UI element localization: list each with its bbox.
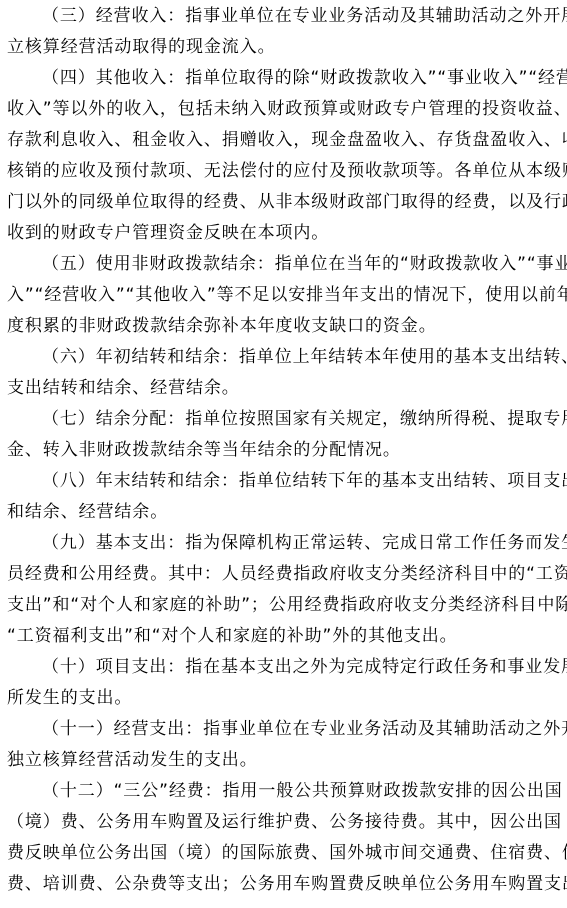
- paragraph-6-line-1: （六）年初结转和结余：指单位上年结转本年使用的基本支出结转、项目: [42, 347, 560, 367]
- paragraph-11-line-1: （十一）经营支出：指事业单位在专业业务活动及其辅助活动之外开展非: [42, 719, 560, 739]
- paragraph-7-line-2: 金、转入非财政拨款结余等当年结余的分配情况。: [7, 440, 560, 460]
- paragraph-12-line-1: （十二）“三公”经费：指用一般公共预算财政拨款安排的因公出国: [42, 781, 560, 801]
- paragraph-4-line-6: 收到的财政专户管理资金反映在本项内。: [7, 223, 560, 243]
- paragraph-12-line-4: 费、培训费、公杂费等支出；公务用车购置费反映单位公务用车购置支出（含: [7, 874, 560, 894]
- paragraph-10-line-2: 所发生的支出。: [7, 688, 560, 708]
- paragraph-5-line-3: 度积累的非财政拨款结余弥补本年度收支缺口的资金。: [7, 316, 560, 336]
- paragraph-8-line-2: 和结余、经营结余。: [7, 502, 560, 522]
- paragraph-9-line-3: 支出”和“对个人和家庭的补助”；公用经费指政府收支分类经济科目中除: [7, 595, 560, 615]
- paragraph-3-line-2: 立核算经营活动取得的现金流入。: [7, 37, 560, 57]
- paragraph-4-line-2: 收入”等以外的收入，包括未纳入财政预算或财政专户管理的投资收益、银行: [7, 99, 560, 119]
- paragraph-12-line-2: （境）费、公务用车购置及运行维护费、公务接待费。其中，因公出国（境）: [7, 812, 560, 832]
- paragraph-7-line-1: （七）结余分配：指单位按照国家有关规定，缴纳所得税、提取专用基: [42, 409, 560, 429]
- paragraph-9-line-2: 员经费和公用经费。其中：人员经费指政府收支分类经济科目中的“工资福利: [7, 564, 560, 584]
- document-page: （三）经营收入：指事业单位在专业业务活动及其辅助活动之外开展非独 立核算经营活动…: [0, 0, 567, 908]
- paragraph-5-line-1: （五）使用非财政拨款结余：指单位在当年的“财政拨款收入”“事业收: [42, 254, 560, 274]
- paragraph-11-line-2: 独立核算经营活动发生的支出。: [7, 750, 560, 770]
- paragraph-3-line-1: （三）经营收入：指事业单位在专业业务活动及其辅助活动之外开展非独: [42, 6, 560, 26]
- paragraph-4-line-5: 门以外的同级单位取得的经费、从非本级财政部门取得的经费，以及行政单位: [7, 192, 560, 212]
- paragraph-9-line-1: （九）基本支出：指为保障机构正常运转、完成日常工作任务而发生的人: [42, 533, 560, 553]
- paragraph-4-line-1: （四）其他收入：指单位取得的除“财政拨款收入”“事业收入”“经营: [42, 68, 560, 88]
- paragraph-12-line-3: 费反映单位公务出国（境）的国际旅费、国外城市间交通费、住宿费、伙食: [7, 843, 560, 863]
- paragraph-9-line-4: “工资福利支出”和“对个人和家庭的补助”外的其他支出。: [7, 626, 560, 646]
- paragraph-10-line-1: （十）项目支出：指在基本支出之外为完成特定行政任务和事业发展目标: [42, 657, 560, 677]
- paragraph-5-line-2: 入”“经营收入”“其他收入”等不足以安排当年支出的情况下，使用以前年: [7, 285, 560, 305]
- paragraph-6-line-2: 支出结转和结余、经营结余。: [7, 378, 560, 398]
- paragraph-8-line-1: （八）年末结转和结余：指单位结转下年的基本支出结转、项目支出结转: [42, 471, 560, 491]
- paragraph-4-line-3: 存款利息收入、租金收入、捐赠收入，现金盘盈收入、存货盘盈收入、收回已: [7, 130, 560, 150]
- paragraph-4-line-4: 核销的应收及预付款项、无法偿付的应付及预收款项等。各单位从本级财政部: [7, 161, 560, 181]
